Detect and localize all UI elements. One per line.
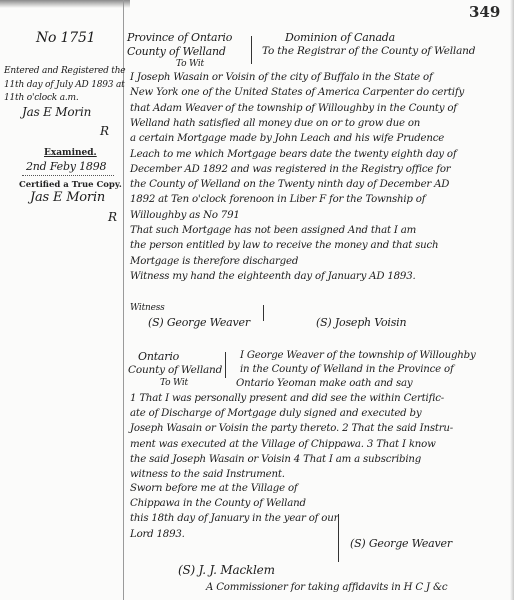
header-county: County of Welland xyxy=(127,45,226,58)
jurat-divider xyxy=(338,514,339,562)
handwritten-line: New York one of the United States of Ame… xyxy=(130,87,464,98)
scan-edge xyxy=(510,0,514,600)
handwritten-line: That such Mortgage has not been assigned… xyxy=(130,225,416,236)
header-brace xyxy=(251,36,252,64)
examined-date-underline xyxy=(22,175,114,176)
handwritten-line: December AD 1892 and was registered in t… xyxy=(130,164,450,175)
affidavit-line: in the County of Welland in the Province… xyxy=(240,364,454,375)
handwritten-line: a certain Mortgage made by John Leach an… xyxy=(130,133,444,144)
header-dominion: Dominion of Canada xyxy=(285,31,395,44)
certifier-initial: R xyxy=(108,210,117,224)
scanned-registry-page: 349 No 1751 Entered and Registered the 1… xyxy=(0,0,514,600)
handwritten-line: 1892 at Ten o'clock forenoon in Liber F … xyxy=(130,194,425,205)
handwritten-line: Willoughby as No 791 xyxy=(130,210,240,221)
examined-label: Examined. xyxy=(44,148,97,158)
handwritten-line: Leach to me which Mortgage bears date th… xyxy=(130,149,456,160)
handwritten-line: Mortgage is therefore discharged xyxy=(130,256,298,267)
handwritten-line: ment was executed at the Village of Chip… xyxy=(130,439,436,450)
certifier-signature: Jas E Morin xyxy=(30,190,105,205)
handwritten-line: the person entitled by law to receive th… xyxy=(130,240,438,251)
handwritten-line: I Joseph Wasain or Voisin of the city of… xyxy=(130,72,433,83)
handwritten-line: Sworn before me at the Village of xyxy=(130,483,297,494)
affidavit-venue-county: County of Welland xyxy=(128,364,222,376)
registration-note-line: 11th day of July AD 1893 at xyxy=(4,80,125,90)
affidavit-line: Ontario Yeoman make oath and say xyxy=(236,378,412,389)
handwritten-line: Chippawa in the County of Welland xyxy=(130,498,306,509)
handwritten-line: that Adam Weaver of the township of Will… xyxy=(130,103,457,114)
header-province: Province of Ontario xyxy=(127,31,232,44)
certified-label: Certified a True Copy. xyxy=(19,180,122,190)
handwritten-line: the County of Welland on the Twenty nint… xyxy=(130,179,449,190)
handwritten-line: Joseph Wasain or Voisin the party theret… xyxy=(130,423,453,434)
registration-note-line: Entered and Registered the xyxy=(4,66,125,76)
handwritten-line: this 18th day of January in the year of … xyxy=(130,513,338,524)
scan-shadow xyxy=(0,0,130,8)
handwritten-line: ate of Discharge of Mortgage duly signed… xyxy=(130,408,421,419)
affidavit-venue-to-wit: To Wit xyxy=(160,378,188,388)
commissioner-signature: (S) J. J. Macklem xyxy=(178,563,275,577)
affidavit-line: I George Weaver of the township of Willo… xyxy=(240,350,476,361)
examined-date: 2nd Feby 1898 xyxy=(26,160,106,173)
handwritten-line: Witness my hand the eighteenth day of Ja… xyxy=(130,271,416,282)
handwritten-line: the said Joseph Wasain or Voisin 4 That … xyxy=(130,454,421,465)
affidavit-brace xyxy=(225,352,226,378)
registrar-signature: Jas E Morin xyxy=(22,105,91,119)
signature-divider xyxy=(263,305,264,321)
header-to-wit: To Wit xyxy=(176,59,204,69)
commissioner-title: A Commissioner for taking affidavits in … xyxy=(206,582,447,593)
header-registrar: To the Registrar of the County of Wellan… xyxy=(262,45,475,57)
registration-note-line: 11th o'clock a.m. xyxy=(4,93,79,103)
handwritten-line: Lord 1893. xyxy=(130,529,185,540)
handwritten-line: witness to the said Instrument. xyxy=(130,469,285,480)
entry-number: No 1751 xyxy=(36,30,95,46)
handwritten-line: Welland hath satisfied all money due on … xyxy=(130,118,420,129)
witness-signature: (S) George Weaver xyxy=(148,316,250,329)
affidavit-venue-province: Ontario xyxy=(138,350,179,363)
margin-rule xyxy=(123,0,124,600)
page-number: 349 xyxy=(469,3,500,21)
witness-label: Witness xyxy=(130,303,165,313)
handwritten-line: 1 That I was personally present and did … xyxy=(130,393,444,404)
mortgagee-signature: (S) Joseph Voisin xyxy=(316,316,406,329)
registrar-initial: R xyxy=(100,124,109,138)
deponent-signature: (S) George Weaver xyxy=(350,537,452,550)
